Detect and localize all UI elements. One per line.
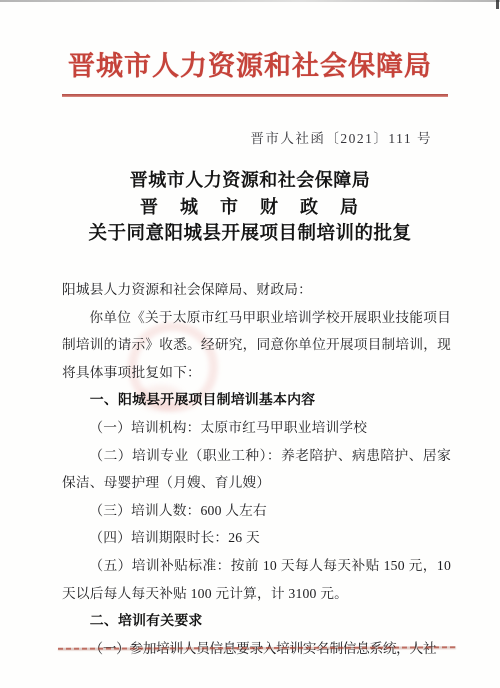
scan-top-edge-artifact [0, 0, 500, 2]
letterhead-red-rule [62, 94, 448, 97]
title-subject-line: 关于同意阳城县开展项目制培训的批复 [0, 221, 500, 248]
intro-paragraph: 你单位《关于太原市红马甲职业培训学校开展职业技能项目制培训的请示》收悉。经研究，… [62, 304, 451, 387]
item-trainee-count: （三）培训人数：600 人左右 [62, 497, 451, 525]
document-title-block: 晋城市人力资源和社会保障局 晋 城 市 财 政 局 关于同意阳城县开展项目制培训… [0, 167, 500, 248]
document-reference-number: 晋市人社函〔2021〕111 号 [250, 127, 432, 147]
section-2-heading: 二、培训有关要求 [62, 607, 451, 635]
scan-corner-mark [496, 0, 499, 9]
title-issuer-line-2: 晋 城 市 财 政 局 [0, 194, 500, 221]
title-issuer-line-1: 晋城市人力资源和社会保障局 [0, 167, 500, 194]
item-training-majors: （二）培训专业（职业工种）：养老陪护、病患陪护、居家保洁、母婴护理（月嫂、育儿嫂… [62, 442, 451, 497]
document-body: 阳城县人力资源和社会保障局、财政局： 你单位《关于太原市红马甲职业培训学校开展职… [62, 276, 451, 662]
item-training-duration: （四）培训期限时长：26 天 [62, 524, 451, 552]
letterhead-agency-title: 晋城市人力资源和社会保障局 [0, 44, 500, 83]
salutation-line: 阳城县人力资源和社会保障局、财政局： [62, 276, 451, 304]
item-training-institution: （一）培训机构：太原市红马甲职业培训学校 [62, 414, 451, 442]
item-subsidy-standard: （五）培训补贴标准：按前 10 天每人每天补贴 150 元，10 天以后每人每天… [62, 552, 451, 607]
scanned-official-document-page: 晋城市人力资源和社会保障局 晋市人社函〔2021〕111 号 晋城市人力资源和社… [0, 0, 500, 688]
section-1-heading: 一、阳城县开展项目制培训基本内容 [62, 386, 451, 414]
